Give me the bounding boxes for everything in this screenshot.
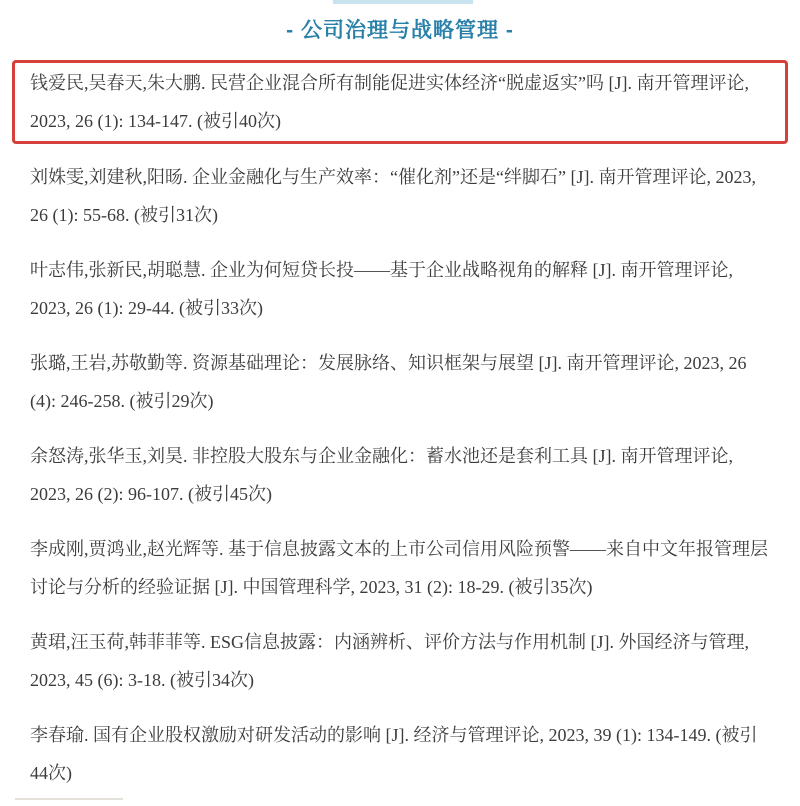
- citation-item: 张璐,王岩,苏敬勤等. 资源基础理论：发展脉络、知识框架与展望 [J]. 南开管…: [30, 344, 774, 420]
- citation-item-highlighted: 钱爱民,吴春天,朱大鹏. 民营企业混合所有制能促进实体经济“脱虚返实”吗 [J]…: [30, 64, 770, 140]
- citation-item: 黄珺,汪玉荷,韩菲菲等. ESG信息披露：内涵辨析、评价方法与作用机制 [J].…: [30, 623, 774, 699]
- page-title: - 公司治理与战略管理 -: [0, 14, 800, 44]
- highlight-box: 钱爱民,吴春天,朱大鹏. 民营企业混合所有制能促进实体经济“脱虚返实”吗 [J]…: [12, 60, 788, 144]
- citation-item: 刘姝雯,刘建秋,阳旸. 企业金融化与生产效率：“催化剂”还是“绊脚石” [J].…: [30, 158, 774, 234]
- bottom-divider: [15, 798, 123, 800]
- citation-item: 李成刚,贾鸿业,赵光辉等. 基于信息披露文本的上市公司信用风险预警——来自中文年…: [30, 530, 774, 606]
- cropped-heading-remnant: [333, 0, 473, 4]
- citation-item: 李春瑜. 国有企业股权激励对研发活动的影响 [J]. 经济与管理评论, 2023…: [30, 716, 774, 792]
- citation-item: 叶志伟,张新民,胡聪慧. 企业为何短贷长投——基于企业战略视角的解释 [J]. …: [30, 251, 774, 327]
- citation-item: 余怒涛,张华玉,刘昊. 非控股大股东与企业金融化：蓄水池还是套利工具 [J]. …: [30, 437, 774, 513]
